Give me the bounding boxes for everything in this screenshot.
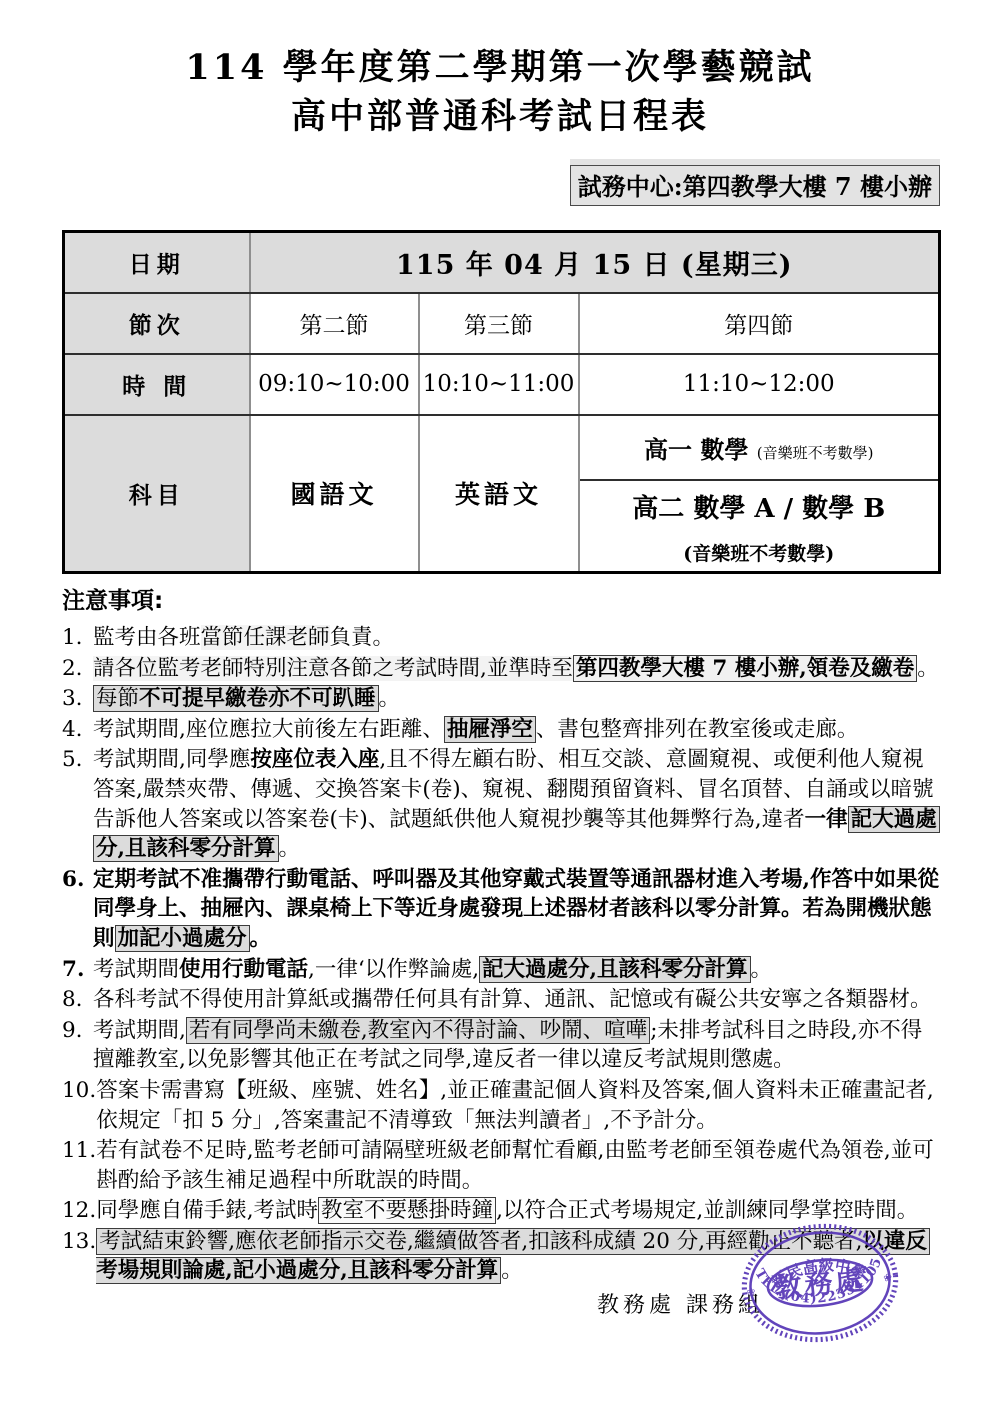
note-run: 當節任課老師 xyxy=(201,625,330,650)
date-label: 日期 xyxy=(64,232,250,293)
flower-icon: ❀ xyxy=(883,1272,893,1285)
period-label: 節次 xyxy=(64,293,250,354)
table-row: 節次 第二節 第三節 第四節 xyxy=(64,293,940,354)
subject-period-3: 英語文 xyxy=(419,415,579,573)
note-item: 2.請各位監考老師特別注意各節之考試時間,並準時至第四教學大樓 7 樓小辦,領卷… xyxy=(62,654,940,684)
note-text: 考試期間使用行動電話,一律‘以作弊論處,記大過處分,且該科零分計算。 xyxy=(93,955,940,985)
subject-grade2-cell: 高二 數學 A / 數學 B (音樂班不考數學) xyxy=(579,480,940,573)
note-item: 3.每節不可提早繳卷亦不可趴睡。 xyxy=(62,684,940,714)
note-run: 不可提早繳卷亦不可趴睡 xyxy=(139,685,379,712)
note-run: 抽屜淨空 xyxy=(444,716,536,743)
note-run: 各科考試不得使用計算紙或攜帶任何具有計算、通訊、記憶或有礙公共安寧之各類器材。 xyxy=(93,987,932,1012)
note-number: 3. xyxy=(62,684,93,714)
note-run: 若有同學尚未繳卷,教室內不得討論、吵鬧、喧嘩 xyxy=(186,1017,650,1044)
note-number: 12. xyxy=(62,1196,96,1226)
table-row: 時 間 09:10~10:00 10:10~11:00 11:10~12:00 xyxy=(64,354,940,415)
note-run: 請各位監考老師特別注意各節之考試時間,並準時至 xyxy=(93,656,573,681)
table-row: 科目 國語文 英語文 高一 數學 (音樂班不考數學) xyxy=(64,415,940,480)
subject-grade2: 高二 數學 A / 數學 B xyxy=(580,488,939,525)
note-number: 4. xyxy=(62,715,93,745)
note-number: 11. xyxy=(62,1136,96,1195)
note-item: 9.考試期間,若有同學尚未繳卷,教室內不得討論、吵鬧、喧嘩;未排考試科目之時段,… xyxy=(62,1016,940,1075)
note-item: 12.同學應自備手錶,考試時教室不要懸掛時鐘,以符合正式考場規定,並訓練同學掌控… xyxy=(62,1196,940,1226)
period-3: 第三節 xyxy=(419,293,579,354)
note-item: 6.定期考試不准攜帶行動電話、呼叫器及其他穿戴式裝置等通訊器材進入考場,作答中如… xyxy=(62,865,940,954)
note-run: 若有試卷不足時,監考老師可請隔壁班級老師幫忙看顧,由監考老師至領卷處代為領卷,並… xyxy=(96,1138,934,1193)
subject-label: 科目 xyxy=(64,415,250,573)
note-text: 每節不可提早繳卷亦不可趴睡。 xyxy=(93,684,940,714)
note-run: 一律 xyxy=(805,807,848,832)
page-title-line1: 114 學年度第二學期第一次學藝競試 xyxy=(0,40,1000,90)
note-number: 10. xyxy=(62,1076,96,1135)
note-item: 10.答案卡需書寫【班級、座號、姓名】,並正確畫記個人資料及答案,個人資料未正確… xyxy=(62,1076,940,1135)
note-number: 1. xyxy=(62,623,93,653)
note-run: 記大過處分,且該科零分計算 xyxy=(479,956,751,983)
note-run: 。 xyxy=(379,686,401,711)
note-text: 若有試卷不足時,監考老師可請隔壁班級老師幫忙看顧,由監考老師至領卷處代為領卷,並… xyxy=(96,1136,940,1195)
note-text: 請各位監考老師特別注意各節之考試時間,並準時至第四教學大樓 7 樓小辦,領卷及繳… xyxy=(93,654,940,684)
note-run: 監考由各班 xyxy=(93,625,201,650)
note-item: 1.監考由各班當節任課老師負責。 xyxy=(62,623,940,653)
notes-heading: 注意事項: xyxy=(62,582,940,615)
period-4: 第四節 xyxy=(579,293,940,354)
exam-center-note-box: 試務中心:第四教學大樓 7 樓小辦 xyxy=(570,159,940,206)
note-text: 定期考試不准攜帶行動電話、呼叫器及其他穿戴式裝置等通訊器材進入考場,作答中如果從… xyxy=(93,865,940,954)
note-run: 。 xyxy=(751,957,773,982)
exam-center-note-text: 試務中心:第四教學大樓 7 樓小辦 xyxy=(570,165,940,206)
note-run: 考試期間, xyxy=(93,1018,186,1043)
note-run: 、書包整齊排列在教室後或走廊。 xyxy=(536,717,859,742)
notes-list: 1.監考由各班當節任課老師負責。2.請各位監考老師特別注意各節之考試時間,並準時… xyxy=(62,623,940,1286)
note-item: 8.各科考試不得使用計算紙或攜帶任何具有計算、通訊、記憶或有礙公共安寧之各類器材… xyxy=(62,985,940,1015)
subject-grade1: 高一 數學 xyxy=(644,435,748,464)
note-text: 考試期間,若有同學尚未繳卷,教室內不得討論、吵鬧、喧嘩;未排考試科目之時段,亦不… xyxy=(93,1016,940,1075)
note-text: 各科考試不得使用計算紙或攜帶任何具有計算、通訊、記憶或有礙公共安寧之各類器材。 xyxy=(93,985,940,1015)
note-number: 5. xyxy=(62,745,93,863)
note-item: 5.考試期間,同學應按座位表入座,且不得左顧右盼、相互交談、意圖窺視、或便利他人… xyxy=(62,745,940,863)
time-period-2: 09:10~10:00 xyxy=(250,354,419,415)
note-run: 答案卡需書寫【班級、座號、姓名】,並正確畫記個人資料及答案,個人資料未正確畫記者… xyxy=(96,1078,934,1133)
time-period-3: 10:10~11:00 xyxy=(419,354,579,415)
flower-icon: ❀ xyxy=(746,1286,756,1299)
notes-section: 注意事項: 1.監考由各班當節任課老師負責。2.請各位監考老師特別注意各節之考試… xyxy=(62,582,940,1287)
note-number: 7. xyxy=(62,955,93,985)
note-text: 考試期間,座位應拉大前後左右距離、抽屜淨空、書包整齊排列在教室後或走廊。 xyxy=(93,715,940,745)
note-text: 答案卡需書寫【班級、座號、姓名】,並正確畫記個人資料及答案,個人資料未正確畫記者… xyxy=(96,1076,940,1135)
date-value: 115 年 04 月 15 日 (星期三) xyxy=(250,232,940,293)
note-number: 9. xyxy=(62,1016,93,1075)
table-row: 日期 115 年 04 月 15 日 (星期三) xyxy=(64,232,940,293)
note-run: ,一律‘以作弊論處, xyxy=(308,957,479,982)
note-item: 4.考試期間,座位應拉大前後左右距離、抽屜淨空、書包整齊排列在教室後或走廊。 xyxy=(62,715,940,745)
note-run: 考試期間,座位應拉大前後左右距離、 xyxy=(93,717,444,742)
period-2: 第二節 xyxy=(250,293,419,354)
document-page: 114 學年度第二學期第一次學藝競試 高中部普通科考試日程表 試務中心:第四教學… xyxy=(0,0,1000,1414)
note-run: 按座位表入座 xyxy=(250,747,379,772)
note-run: 使用行動電話 xyxy=(179,957,308,982)
note-run: 。 xyxy=(917,656,939,681)
note-number: 8. xyxy=(62,985,93,1015)
note-run: 每節 xyxy=(93,685,139,712)
note-run: 。 xyxy=(501,1258,523,1283)
note-run: 考試期間 xyxy=(93,957,179,982)
time-label: 時 間 xyxy=(64,354,250,415)
note-item: 11.若有試卷不足時,監考老師可請隔壁班級老師幫忙看顧,由監考老師至領卷處代為領… xyxy=(62,1136,940,1195)
subject-grade1-cell: 高一 數學 (音樂班不考數學) xyxy=(579,415,940,480)
time-period-4: 11:10~12:00 xyxy=(579,354,940,415)
note-item: 7.考試期間使用行動電話,一律‘以作弊論處,記大過處分,且該科零分計算。 xyxy=(62,955,940,985)
note-run: 同學應自備手錶,考試時 xyxy=(96,1198,318,1223)
subject-grade2-note: (音樂班不考數學) xyxy=(580,539,939,566)
page-title-line2: 高中部普通科考試日程表 xyxy=(0,89,1000,139)
subject-period-2: 國語文 xyxy=(250,415,419,573)
subject-grade1-note: (音樂班不考數學) xyxy=(757,444,874,462)
note-run: 。 xyxy=(250,926,272,951)
office-stamp: 新民高級中學 TEL:(04)22334105 教務處 ❀ ❀ xyxy=(732,1214,908,1352)
note-run: 教室不要懸掛時鐘 xyxy=(318,1197,496,1224)
note-text: 考試期間,同學應按座位表入座,且不得左顧右盼、相互交談、意圖窺視、或便利他人窺視… xyxy=(93,745,940,863)
note-number: 6. xyxy=(62,865,93,954)
note-run: 。 xyxy=(279,836,301,861)
schedule-table: 日期 115 年 04 月 15 日 (星期三) 節次 第二節 第三節 第四節 … xyxy=(62,230,941,574)
note-number: 13. xyxy=(62,1227,96,1286)
note-run: 第四教學大樓 7 樓小辦,領卷及繳卷 xyxy=(573,655,917,682)
note-number: 2. xyxy=(62,654,93,684)
note-run: 負責。 xyxy=(330,625,395,650)
note-run: 考試期間,同學應 xyxy=(93,747,250,772)
note-text: 監考由各班當節任課老師負責。 xyxy=(93,623,940,653)
note-run: 加記小過處分 xyxy=(115,925,250,952)
